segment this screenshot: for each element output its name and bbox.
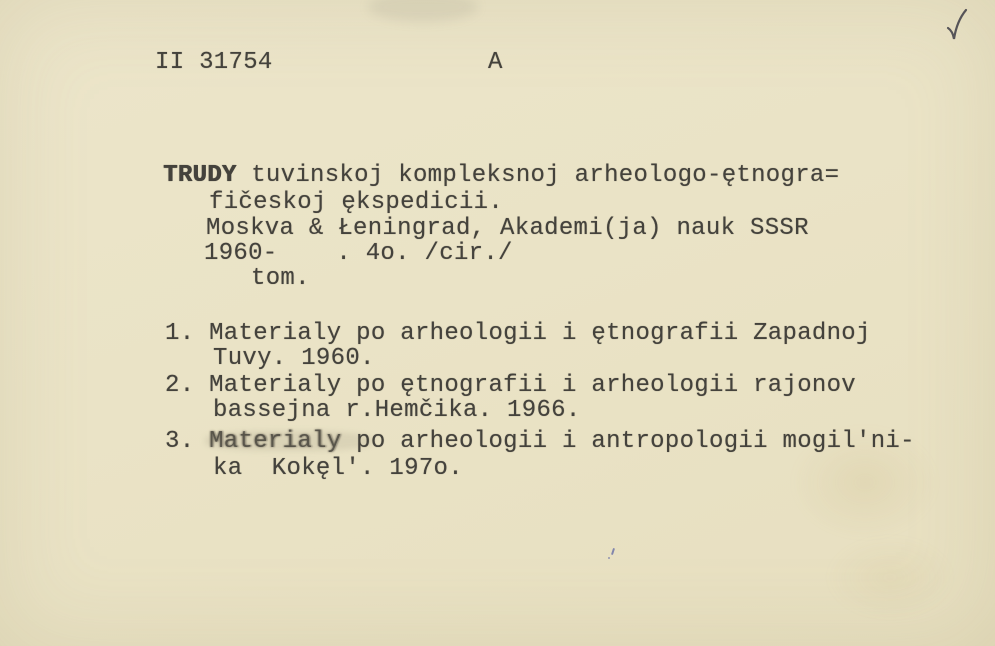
ink-speck (608, 557, 610, 559)
scan-smudge (368, 0, 478, 22)
item-3-line-1: 3. Materialy po arheologii i antropologi… (165, 429, 915, 455)
item-2-line-1: 2. Materialy po ętnografii i arheologii … (165, 373, 856, 399)
paper-stain (825, 535, 955, 620)
item-2-line-2: bassejna r.Hemčika. 1966. (213, 398, 581, 424)
entry-imprint: Moskva & Łeningrad, Akademi(ja) nauk SSS… (206, 216, 809, 242)
item-1-line-2: Tuvy. 1960. (213, 346, 375, 372)
catalog-card: II 31754 A TRUDY tuvinskoj kompleksnoj a… (0, 0, 995, 646)
entry-title-rest: tuvinskoj kompleksnoj arheologo-ętnogra= (237, 162, 840, 189)
entry-date-format: 1960- . 4o. /cir./ (204, 241, 513, 267)
ink-speck (611, 548, 615, 555)
entry-title-emphasis: TRUDY (163, 162, 237, 189)
item-1-line-1: 1. Materialy po arheologii i ętnografii … (165, 321, 871, 347)
item-3-line-2: ka Kokęl'. 197o. (213, 456, 463, 482)
item-3-number: 3. (165, 428, 209, 455)
heading-letter: A (488, 50, 503, 76)
entry-title-line-2: fičeskoj ękspedicii. (209, 190, 503, 216)
item-3-smudged-word: Materialy (209, 428, 341, 455)
entry-volume-note: tom. (251, 266, 310, 292)
item-3-line-1-rest: po arheologii i antropologii mogil'ni- (341, 428, 914, 455)
call-number: II 31754 (155, 50, 273, 76)
entry-title-line-1: TRUDY tuvinskoj kompleksnoj arheologo-ęt… (163, 163, 839, 189)
checkmark-ink-icon (941, 6, 975, 46)
